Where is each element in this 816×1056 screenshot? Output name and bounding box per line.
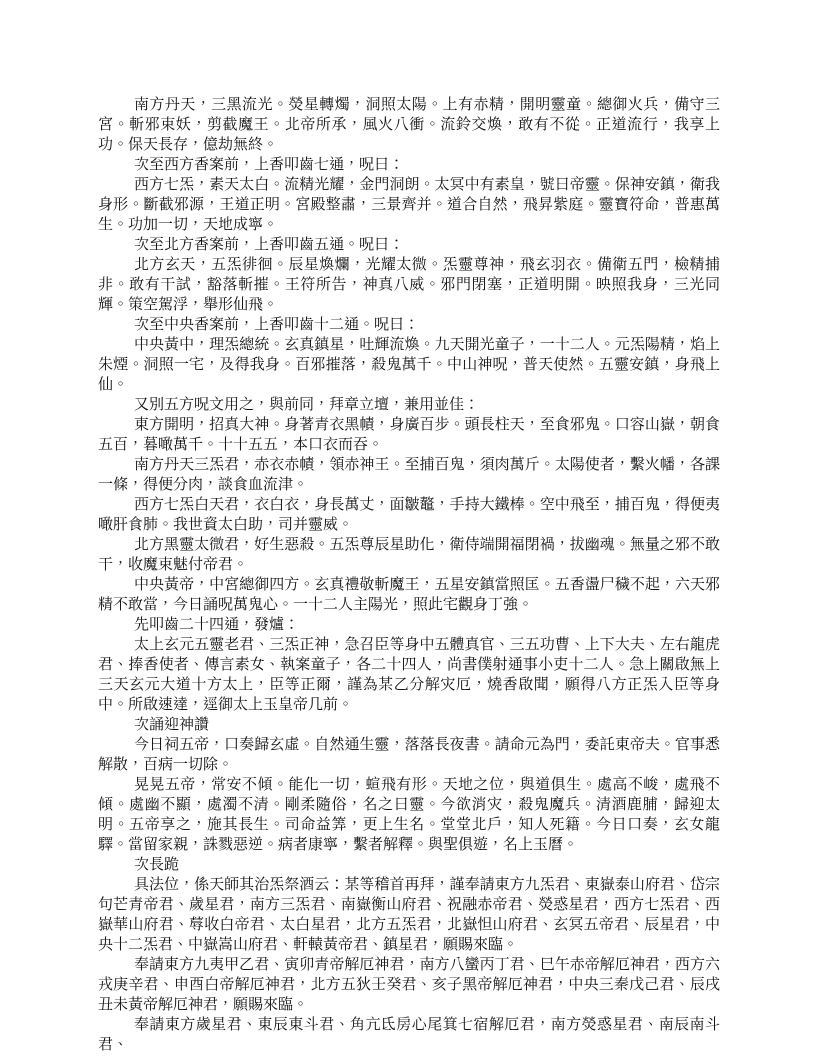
paragraph-invitation-five-directions: 具法位，係天師其治炁祭酒云：某等稽首再拜，謹奉請東方九炁君、東嶽泰山府君、岱宗句… bbox=[98, 875, 720, 955]
paragraph-incense-burner-instruction: 先叩齒二十四通，發爐： bbox=[98, 615, 720, 635]
document-page: 南方丹天，三黑流光。熒星轉燭，洞照太陽。上有赤精，開明靈童。總御火兵，備守三宮。… bbox=[0, 0, 816, 1056]
paragraph-east-deity: 東方開明，招真大神。身著青衣黑幘，身廣百步。頭長柱天，至食邪鬼。口容山嶽，朝食五… bbox=[98, 415, 720, 455]
paragraph-invitation-stem-branch: 奉請東方九夷甲乙君、寅卯青帝解厄神君，南方八蠻丙丁君、巳午赤帝解厄神君，西方六戎… bbox=[98, 955, 720, 1015]
paragraph-welcome-hymn-2: 晃晃五帝，常安不傾。能化一切，蝖飛有形。天地之位，與道俱生。處高不峻，處飛不傾。… bbox=[98, 775, 720, 855]
scripture-text-block: 南方丹天，三黑流光。熒星轉燭，洞照太陽。上有赤精，開明靈童。總御火兵，備守三宮。… bbox=[98, 95, 720, 1055]
paragraph-west-altar-instruction: 次至西方香案前，上香叩齒七通，呪曰： bbox=[98, 155, 720, 175]
paragraph-welcome-hymn-heading: 次誦迎神讚 bbox=[98, 715, 720, 735]
paragraph-kneeling-heading: 次長跪 bbox=[98, 855, 720, 875]
paragraph-welcome-hymn-1: 今日祠五帝，口奏歸玄虛。自然通生靈，落落長夜書。請命元為門，委託東帝夫。官事悉解… bbox=[98, 735, 720, 775]
paragraph-west-deity: 西方七炁白天君，衣白衣，身長萬丈，面皺鼇，手持大鐵棒。空中飛至，捕百鬼，得便夷噉… bbox=[98, 495, 720, 535]
paragraph-north-incantation: 北方玄天，五炁徘徊。辰星煥爛，光耀太微。炁靈尊神，飛玄羽衣。備衛五門，檢精捕非。… bbox=[98, 255, 720, 315]
paragraph-invocation-of-officials: 太上玄元五靈老君、三炁正神，急召臣等身中五體真官、三五功曹、上下大夫、左右龍虎君… bbox=[98, 635, 720, 715]
paragraph-alternate-incantations-note: 又別五方呪文用之，與前同，拜章立壇，兼用並佳： bbox=[98, 395, 720, 415]
paragraph-center-altar-instruction: 次至中央香案前，上香叩齒十二通。呪曰： bbox=[98, 315, 720, 335]
paragraph-south-deity: 南方丹天三炁君，赤衣赤幘，領赤神王。至捕百鬼，須肉萬斤。太陽使者，繫火幡，各課一… bbox=[98, 455, 720, 495]
paragraph-south-fire-incantation: 南方丹天，三黑流光。熒星轉燭，洞照太陽。上有赤精，開明靈童。總御火兵，備守三宮。… bbox=[98, 95, 720, 155]
paragraph-north-deity: 北方黑靈太微君，好生惡殺。五炁尊辰星助化，衛侍端開福閉禍，拔幽魂。無量之邪不敢干… bbox=[98, 535, 720, 575]
paragraph-north-altar-instruction: 次至北方香案前，上香叩齒五通。呪曰： bbox=[98, 235, 720, 255]
paragraph-center-incantation: 中央黃中，理炁總統。玄真鎮星，吐輝流煥。九天開光童子，一十二人。元炁陽精，焰上朱… bbox=[98, 335, 720, 395]
paragraph-invitation-stars: 奉請東方歲星君、東辰東斗君、角亢氐房心尾箕七宿解厄君，南方熒惑星君、南辰南斗君、 bbox=[98, 1015, 720, 1055]
paragraph-west-incantation: 西方七炁，素天太白。流精光耀，金門洞朗。太冥中有素皇，號曰帝靈。保神安鎮，衛我身… bbox=[98, 175, 720, 235]
paragraph-center-deity: 中央黃帝，中宮總御四方。玄真禮敬斬魔王，五星安鎮當照匡。五香盪尸穢不起，六天邪精… bbox=[98, 575, 720, 615]
